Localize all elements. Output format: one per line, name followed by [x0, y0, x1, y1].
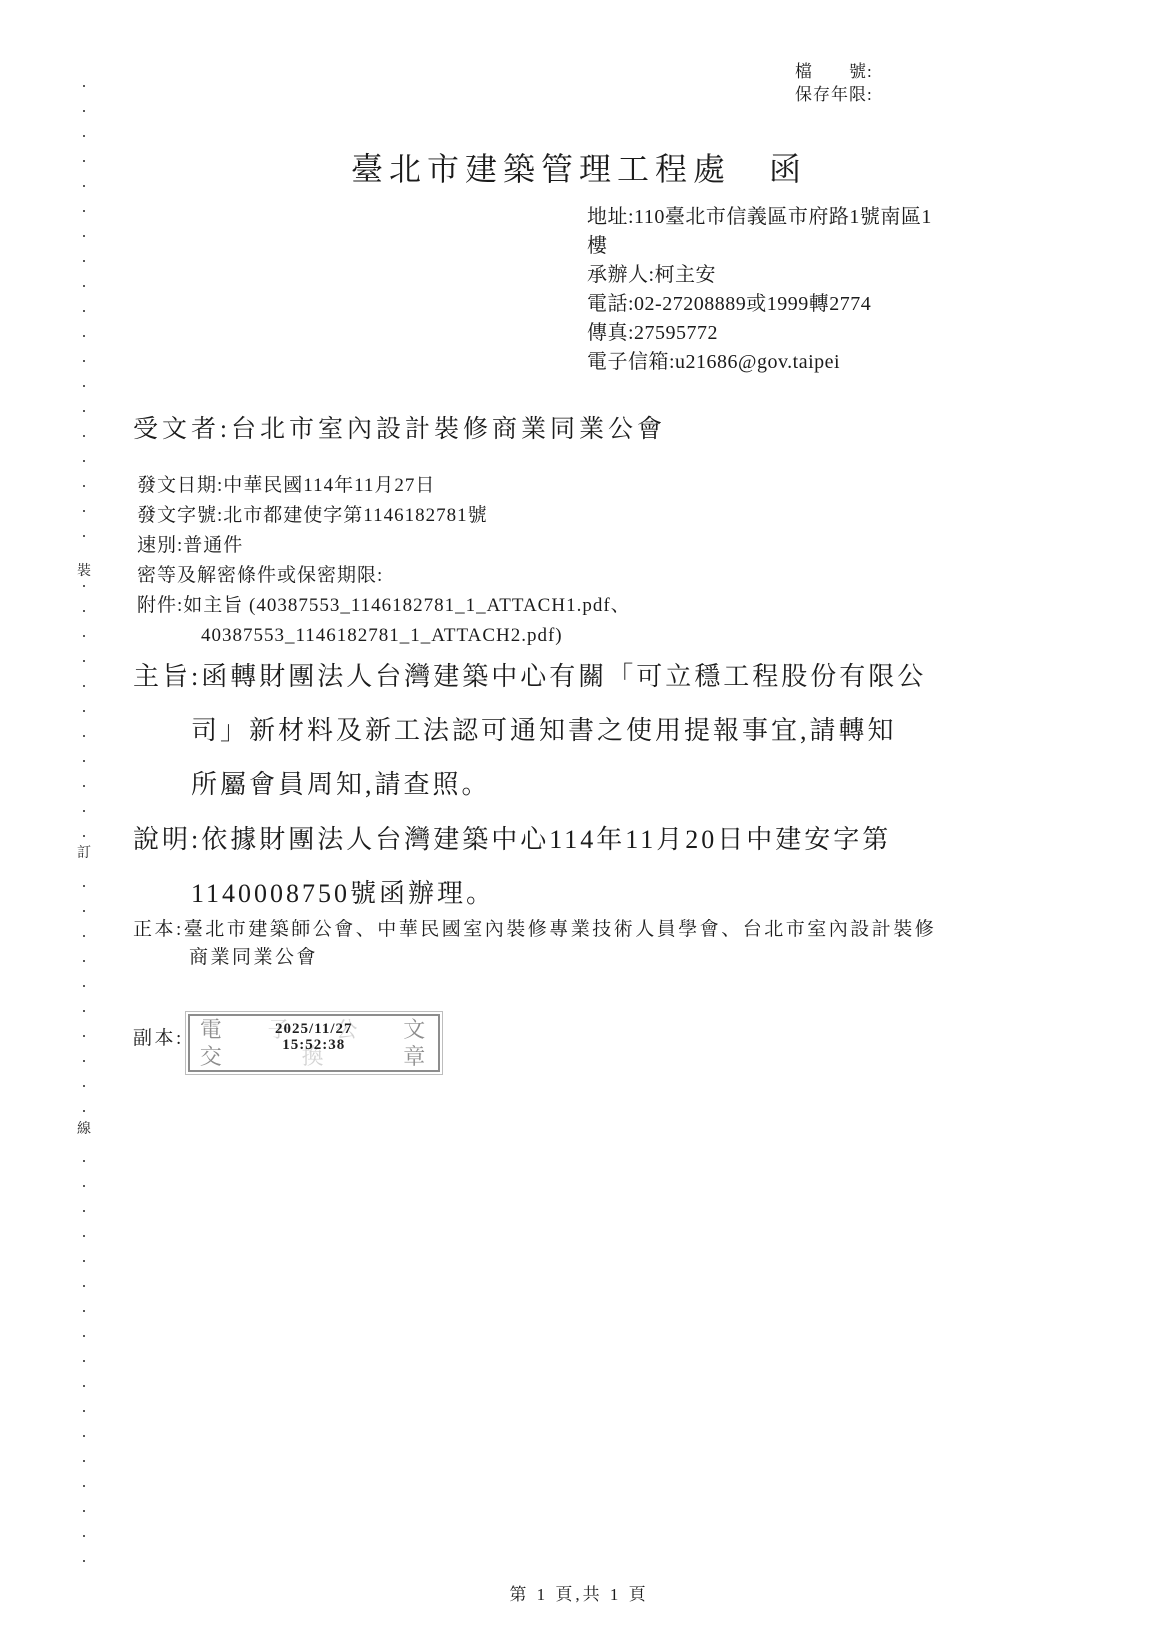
stamp-datetime: 2025/11/27 15:52:38	[190, 1021, 438, 1053]
recipient-line: 受文者:台北市室內設計裝修商業同業公會	[133, 409, 666, 445]
doc-number-line: 發文字號:北市都建使字第1146182781號	[137, 501, 631, 531]
issue-date-line: 發文日期:中華民國114年11月27日	[137, 471, 631, 501]
sender-info-block: 地址:110臺北市信義區市府路1號南區1 樓 承辦人:柯主安 電話:02-272…	[587, 203, 932, 377]
subject-line1: 主旨:函轉財團法人台灣建築中心有關「可立穩工程股份有限公	[133, 650, 1053, 704]
binding-mark-xian: 線	[73, 1116, 95, 1140]
original-copy-text-line1: 臺北市建築師公會、中華民國室內裝修專業技術人員學會、台北市室內設計裝修	[184, 919, 937, 940]
subject-block: 主旨:函轉財團法人台灣建築中心有關「可立穩工程股份有限公 司」新材料及新工法認可…	[133, 650, 1053, 812]
stamp-date: 2025/11/27	[190, 1021, 438, 1037]
subject-text-line3: 所屬會員周知,請查照。	[133, 758, 1053, 812]
priority-line: 速別:普通件	[137, 531, 631, 561]
sender-email: 電子信箱:u21686@gov.taipei	[587, 348, 932, 377]
original-copy-label: 正本:	[133, 919, 184, 940]
explanation-line1: 說明:依據財團法人台灣建築中心114年11月20日中建安字第	[133, 813, 1053, 867]
document-meta-block: 發文日期:中華民國114年11月27日 發文字號:北市都建使字第11461827…	[137, 471, 631, 651]
page-footer: 第 1 頁,共 1 頁	[0, 1580, 1158, 1605]
electronic-exchange-stamp: 電 子 公 文 交 換 章 2025/11/27 15:52:38	[188, 1014, 440, 1072]
binding-dotted-line	[83, 85, 85, 1565]
sender-address-line2: 樓	[587, 232, 932, 261]
attachment-line2: 40387553_1146182781_1_ATTACH2.pdf)	[137, 621, 631, 651]
subject-label: 主旨:	[133, 662, 201, 691]
explanation-label: 說明:	[133, 825, 201, 854]
stamp-time: 15:52:38	[190, 1037, 438, 1053]
original-copy-text-line2: 商業同業公會	[133, 944, 936, 972]
retention-period-label: 保存年限:	[795, 83, 873, 106]
sender-phone: 電話:02-27208889或1999轉2774	[587, 290, 932, 319]
cc-copy-row: 副本: 電 子 公 文 交 換 章 2025/11/27 15:52:38	[133, 1012, 936, 1072]
security-line: 密等及解密條件或保密期限:	[137, 561, 631, 591]
subject-text-line2: 司」新材料及新工法認可通知書之使用提報事宜,請轉知	[133, 704, 1053, 758]
explanation-block: 說明:依據財團法人台灣建築中心114年11月20日中建安字第 114000875…	[133, 813, 1053, 921]
original-copy-line1: 正本:臺北市建築師公會、中華民國室內裝修專業技術人員學會、台北市室內設計裝修	[133, 916, 936, 944]
sender-fax: 傳真:27595772	[587, 319, 932, 348]
explanation-text-line1: 依據財團法人台灣建築中心114年11月20日中建安字第	[201, 825, 891, 854]
copies-block: 正本:臺北市建築師公會、中華民國室內裝修專業技術人員學會、台北市室內設計裝修 商…	[133, 916, 936, 1072]
subject-text-line1: 函轉財團法人台灣建築中心有關「可立穩工程股份有限公	[201, 662, 926, 691]
explanation-text-line2: 1140008750號函辦理。	[133, 867, 1053, 921]
sender-contact-person: 承辦人:柯主安	[587, 261, 932, 290]
binding-mark-zhuang: 裝	[73, 558, 95, 582]
binding-mark-ding: 訂	[73, 840, 95, 864]
file-number-block: 檔 號: 保存年限:	[795, 60, 873, 106]
cc-copy-label: 副本:	[133, 1012, 184, 1053]
document-title: 臺北市建築管理工程處 函	[0, 144, 1158, 190]
attachment-line1: 附件:如主旨 (40387553_1146182781_1_ATTACH1.pd…	[137, 591, 631, 621]
sender-address-line1: 地址:110臺北市信義區市府路1號南區1	[587, 203, 932, 232]
official-letter-page: 裝 訂 線 檔 號: 保存年限: 臺北市建築管理工程處 函 地址:110臺北市信…	[0, 0, 1158, 1649]
file-number-label: 檔 號:	[795, 60, 873, 83]
